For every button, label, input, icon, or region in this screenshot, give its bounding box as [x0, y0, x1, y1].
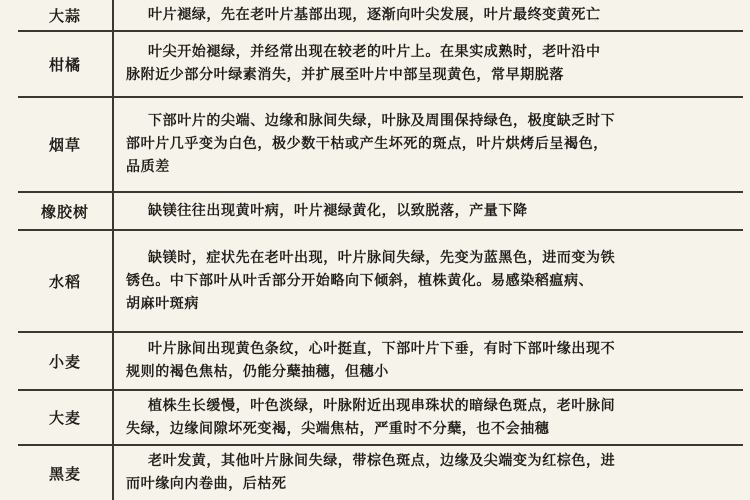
symptom-description: 缺镁往往出现黄叶病，叶片褪绿黄化，以致脱落，产量下降	[126, 193, 738, 229]
description-line: 叶尖开始褪绿，并经常出现在较老的叶片上。在果实成熟时，老叶沿中	[126, 41, 738, 64]
table-row: 烟草 下部叶片的尖端、边缘和脉间失绿，叶脉及周围保持绿色，极度缺乏时下 部叶片几…	[0, 98, 750, 191]
description-line: 部叶片几乎变为白色，极少数干枯或产生坏死的斑点，叶片烘烤后呈褐色，	[126, 133, 738, 156]
table-row: 大蒜 叶片褪绿，先在老叶片基部出现，逐渐向叶尖发展，叶片最终变黄死亡	[0, 0, 750, 30]
description-line: 规则的褐色焦枯，仍能分蘖抽穗，但穗小	[126, 361, 738, 384]
symptom-description: 叶尖开始褪绿，并经常出现在较老的叶片上。在果实成熟时，老叶沿中 脉附近少部分叶绿…	[126, 32, 738, 96]
crop-name: 水稻	[18, 231, 112, 331]
crop-name: 烟草	[18, 98, 112, 191]
table-row: 小麦 叶片脉间出现黄色条纹，心叶挺直，下部叶片下垂，有时下部叶缘出现不 规则的褐…	[0, 333, 750, 389]
description-line: 缺镁时，症状先在老叶出现，叶片脉间失绿，先变为蓝黑色，进而变为铁	[126, 247, 738, 270]
document-page: 大蒜 叶片褪绿，先在老叶片基部出现，逐渐向叶尖发展，叶片最终变黄死亡 柑橘 叶尖…	[0, 0, 750, 500]
description-line: 叶片褪绿，先在老叶片基部出现，逐渐向叶尖发展，叶片最终变黄死亡	[126, 4, 738, 27]
description-line: 脉附近少部分叶绿素消失，并扩展至叶片中部呈现黄色，常早期脱落	[126, 64, 738, 87]
table-row: 柑橘 叶尖开始褪绿，并经常出现在较老的叶片上。在果实成熟时，老叶沿中 脉附近少部…	[0, 32, 750, 96]
crop-name: 小麦	[18, 333, 112, 389]
description-line: 缺镁往往出现黄叶病，叶片褪绿黄化，以致脱落，产量下降	[126, 200, 738, 223]
description-line: 老叶发黄，其他叶片脉间失绿，带棕色斑点，边缘及尖端变为红棕色，进	[126, 450, 738, 473]
description-line: 品质差	[126, 156, 738, 179]
symptom-description: 植株生长缓慢，叶色淡绿，叶脉附近出现串珠状的暗绿色斑点，老叶脉间 失绿，边缘间隙…	[126, 391, 738, 444]
crop-name: 大麦	[18, 391, 112, 444]
description-line: 失绿，边缘间隙坏死变褐，尖端焦枯，严重时不分蘖，也不会抽穗	[126, 418, 738, 441]
description-line: 下部叶片的尖端、边缘和脉间失绿，叶脉及周围保持绿色，极度缺乏时下	[126, 110, 738, 133]
description-line: 叶片脉间出现黄色条纹，心叶挺直，下部叶片下垂，有时下部叶缘出现不	[126, 338, 738, 361]
crop-name: 橡胶树	[18, 193, 112, 229]
table-row: 大麦 植株生长缓慢，叶色淡绿，叶脉附近出现串珠状的暗绿色斑点，老叶脉间 失绿，边…	[0, 391, 750, 444]
crop-name: 大蒜	[18, 0, 112, 30]
table-row: 黑麦 老叶发黄，其他叶片脉间失绿，带棕色斑点，边缘及尖端变为红棕色，进 而叶缘向…	[0, 446, 750, 500]
symptom-description: 缺镁时，症状先在老叶出现，叶片脉间失绿，先变为蓝黑色，进而变为铁 锈色。中下部叶…	[126, 231, 738, 331]
description-line: 锈色。中下部叶从叶舌部分开始略向下倾斜，植株黄化。易感染稻瘟病、	[126, 270, 738, 293]
crop-name: 黑麦	[18, 446, 112, 500]
symptom-description: 老叶发黄，其他叶片脉间失绿，带棕色斑点，边缘及尖端变为红棕色，进 而叶缘向内卷曲…	[126, 446, 738, 500]
symptom-description: 叶片脉间出现黄色条纹，心叶挺直，下部叶片下垂，有时下部叶缘出现不 规则的褐色焦枯…	[126, 333, 738, 389]
description-line: 而叶缘向内卷曲，后枯死	[126, 473, 738, 496]
table-row: 水稻 缺镁时，症状先在老叶出现，叶片脉间失绿，先变为蓝黑色，进而变为铁 锈色。中…	[0, 231, 750, 331]
description-line: 植株生长缓慢，叶色淡绿，叶脉附近出现串珠状的暗绿色斑点，老叶脉间	[126, 395, 738, 418]
table-row: 橡胶树 缺镁往往出现黄叶病，叶片褪绿黄化，以致脱落，产量下降	[0, 193, 750, 229]
description-line: 胡麻叶斑病	[126, 293, 738, 316]
symptom-description: 叶片褪绿，先在老叶片基部出现，逐渐向叶尖发展，叶片最终变黄死亡	[126, 0, 738, 30]
crop-name: 柑橘	[18, 32, 112, 96]
symptom-description: 下部叶片的尖端、边缘和脉间失绿，叶脉及周围保持绿色，极度缺乏时下 部叶片几乎变为…	[126, 98, 738, 191]
